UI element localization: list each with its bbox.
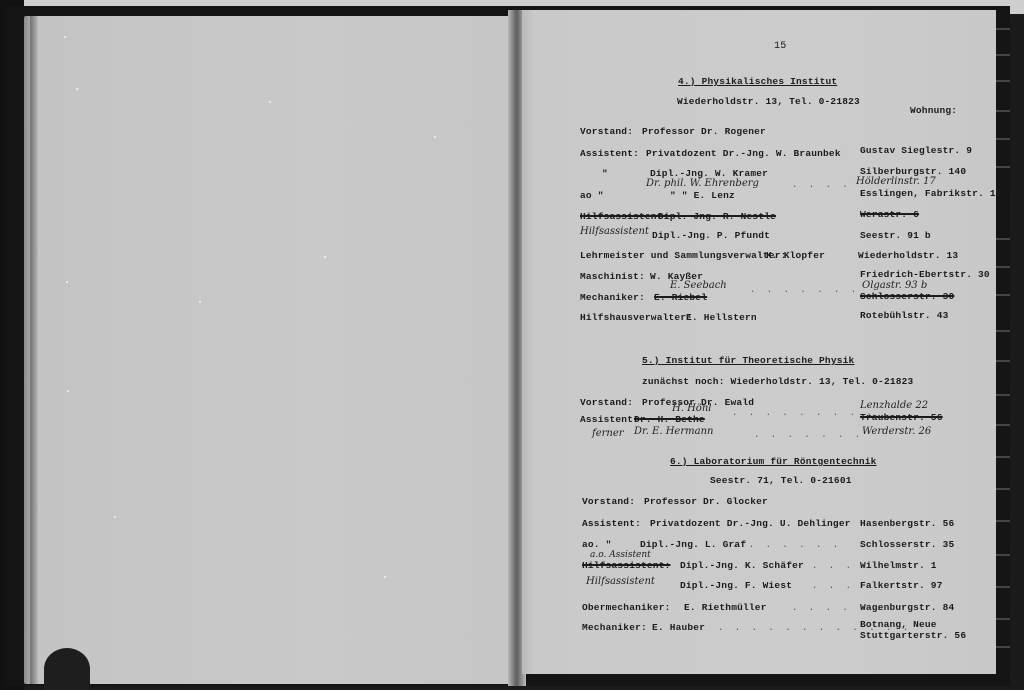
entry-address: Rotebühlstr. 43	[860, 310, 949, 321]
entry-address: Esslingen, Fabrikstr. 11	[860, 188, 1002, 199]
entry-name: E. Riethmüller	[684, 602, 767, 613]
entry-name: Dipl.-Jng. P. Pfundt	[652, 230, 770, 241]
handwritten-role: Hilfsassistent	[580, 226, 649, 237]
page-number: 15	[774, 41, 786, 52]
handwritten-address: Lenzhalde 22	[860, 400, 928, 411]
entry-role: Vorstand:	[580, 397, 633, 408]
handwritten-address: Werderstr. 26	[862, 426, 931, 437]
entry-name-struck: Dipl.-Jng. R. Nestle	[658, 211, 776, 222]
entry-role: Assistent:	[582, 518, 641, 529]
document-page-content: 15 4.) Physikalisches Institut Wiederhol…	[522, 10, 996, 674]
entry-name-struck: Dr. H. Bethe	[634, 414, 705, 425]
entry-role: ao "	[580, 190, 604, 201]
entry-role: Vorstand:	[580, 126, 633, 137]
section-address: Seestr. 71, Tel. 0-21601	[710, 475, 852, 486]
entry-role: Mechaniker:	[580, 292, 645, 303]
entry-name: Dipl.-Jng. F. Wiest	[680, 580, 792, 591]
entry-address-struck: Schlosserstr. 30	[860, 291, 954, 302]
entry-address: Schlosserstr. 35	[860, 539, 954, 550]
handwritten-role: a.o. Assistent	[590, 550, 651, 560]
entry-address-line2: Stuttgarterstr. 56	[860, 630, 966, 641]
entry-address: Hasenbergstr. 56	[860, 518, 954, 529]
entry-address-struck: Traubenstr. 56	[860, 412, 943, 423]
entry-role: Maschinist:	[580, 271, 645, 282]
entry-role: Mechaniker:	[582, 622, 647, 633]
entry-role: Obermechaniker:	[582, 602, 671, 613]
handwritten-role: Hilfsassistent	[586, 576, 655, 587]
section-heading: 6.) Laboratorium für Röntgentechnik	[670, 456, 877, 467]
entry-address: Wilhelmstr. 1	[860, 560, 937, 571]
section-address: zunächst noch: Wiederholdstr. 13, Tel. 0…	[642, 376, 913, 387]
entry-name: E. Hellstern	[686, 312, 757, 323]
handwritten-name: H. Hönl	[672, 403, 711, 414]
entry-address: Gustav Sieglestr. 9	[860, 145, 972, 156]
entry-address: Wiederholdstr. 13	[858, 250, 958, 261]
entry-role: ao. "	[582, 539, 612, 550]
entry-address: Seestr. 91 b	[860, 230, 931, 241]
entry-address: Friedrich-Ebertstr. 30	[860, 269, 990, 280]
column-label-residence: Wohnung:	[910, 105, 957, 116]
section-address: Wiederholdstr. 13, Tel. 0-21823	[677, 96, 860, 107]
entry-name: K. Klopfer	[766, 250, 825, 261]
entry-address-struck: Werastr. 6	[860, 209, 919, 220]
entry-role-struck: Hilfsassistent:	[582, 560, 671, 571]
handwritten-name: E. Seebach	[670, 280, 727, 291]
entry-name: " " E. Lenz	[670, 190, 735, 201]
handwritten-address: Hölderlinstr. 17	[856, 176, 936, 187]
entry-role: Vorstand:	[582, 496, 635, 507]
entry-name: Professor Dr. Rogener	[642, 126, 766, 137]
entry-name: E. Hauber	[652, 622, 705, 633]
entry-name: Privatdozent Dr.-Jng. U. Dehlinger	[650, 518, 851, 529]
scanner-thumb	[44, 648, 90, 690]
entry-address: Wagenburgstr. 84	[860, 602, 954, 613]
handwritten-name: Dr. E. Hermann	[634, 426, 713, 437]
entry-role: Assistent:	[580, 414, 639, 425]
section-heading: 4.) Physikalisches Institut	[678, 76, 837, 87]
entry-address: Falkertstr. 97	[860, 580, 943, 591]
entry-name: Privatdozent Dr.-Jng. W. Braunbek	[646, 148, 841, 159]
entry-role: Hilfshausverwalter:	[580, 312, 692, 323]
index-tabs	[996, 10, 1012, 680]
entry-role: Lehrmeister und Sammlungsverwalter:	[580, 250, 787, 261]
entry-name: Dipl.-Jng. L. Graf	[640, 539, 746, 550]
entry-role-struck: Hilfsassistent:	[580, 211, 669, 222]
entry-role: "	[602, 168, 608, 179]
left-page-blank	[24, 16, 516, 684]
entry-name: Dipl.-Jng. K. Schäfer	[680, 560, 804, 571]
left-page-edge	[30, 16, 38, 684]
section-heading: 5.) Institut für Theoretische Physik	[642, 355, 854, 366]
entry-name: Professor Dr. Glocker	[644, 496, 768, 507]
handwritten-name: Dr. phil. W. Ehrenberg	[646, 178, 759, 189]
entry-address: Botnang, Neue	[860, 619, 937, 630]
entry-name-struck: E. Riebel	[654, 292, 707, 303]
entry-role: Assistent:	[580, 148, 639, 159]
handwritten-role: ferner	[592, 428, 624, 439]
handwritten-address: Olgastr. 93 b	[862, 280, 927, 291]
